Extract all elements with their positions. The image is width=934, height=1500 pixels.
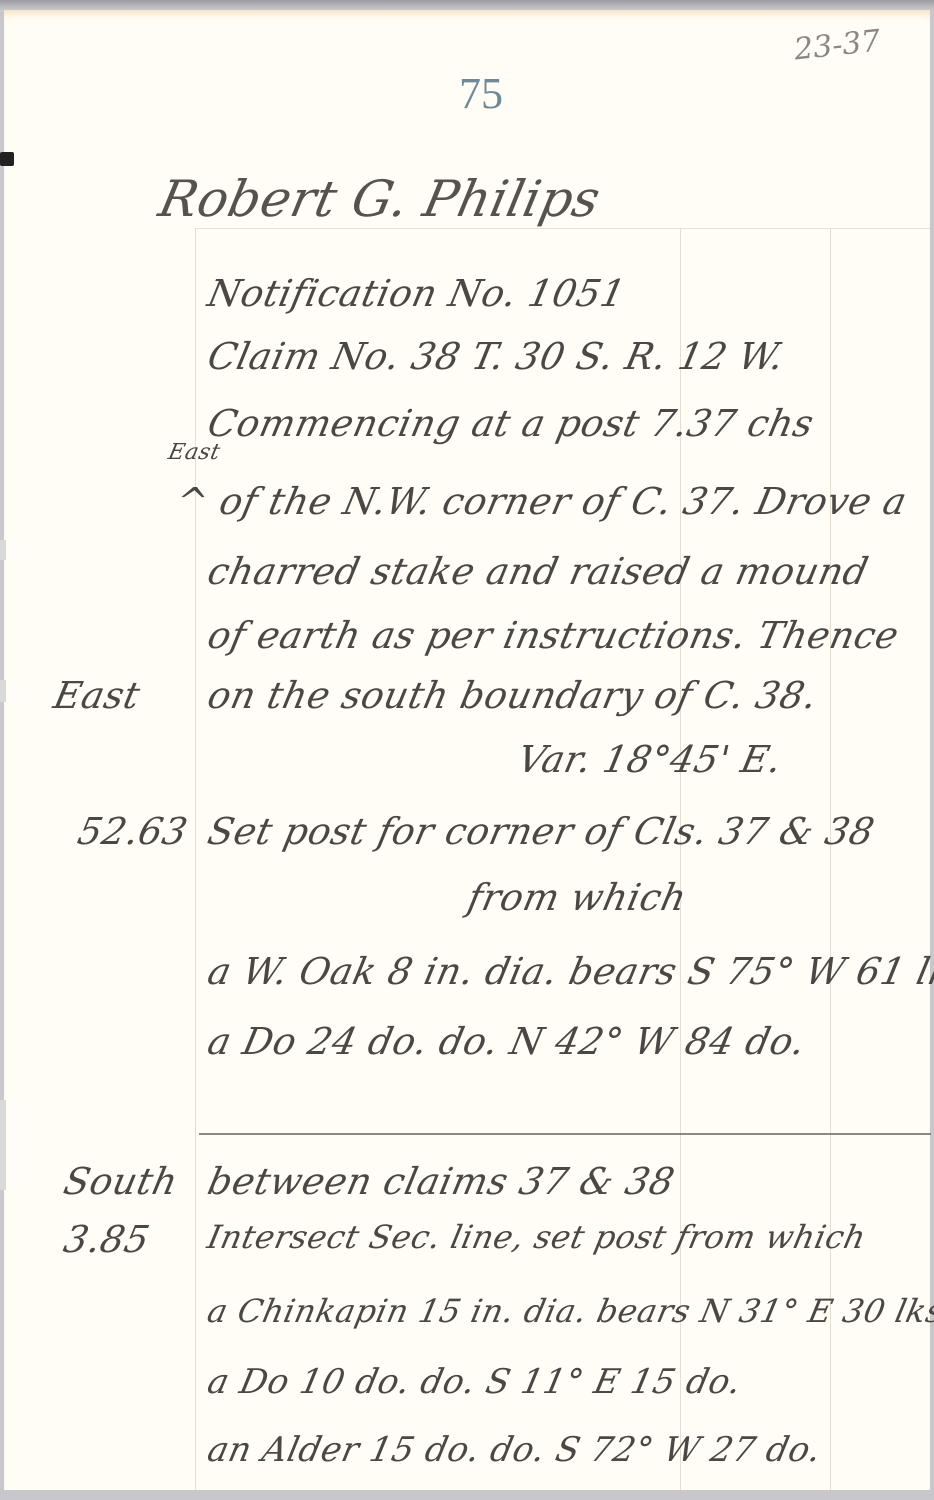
page-number: 75 — [459, 68, 503, 119]
entry-line-5: on the south boundary of C. 38. — [204, 674, 821, 717]
margin-east-insert: East — [166, 440, 223, 465]
scan-top-edge — [0, 0, 934, 10]
entry-line-7: Set post for corner of Cls. 37 & 38 — [204, 810, 878, 853]
claim-line: Claim No. 38 T. 30 S. R. 12 W. — [204, 335, 788, 378]
entry-line-3: charred stake and raised a mound — [204, 550, 872, 593]
entry-line-14: a Do 10 do. do. S 11° E 15 do. — [204, 1362, 745, 1402]
claimant-name: Robert G. Philips — [154, 170, 606, 228]
edge-mark — [0, 1100, 6, 1190]
notification-line: Notification No. 1051 — [204, 272, 630, 315]
margin-bearing-south: South — [60, 1160, 182, 1203]
margin-distance-1: 52.63 — [74, 810, 192, 853]
entry-line-4: of earth as per instructions. Thence — [204, 614, 903, 657]
ledger-page: 75 23-37 Robert G. Philips Notification … — [4, 10, 930, 1494]
entry-line-9: a W. Oak 8 in. dia. bears S 75° W 61 lks… — [204, 950, 934, 993]
edge-mark — [0, 680, 6, 702]
edge-mark — [0, 540, 6, 560]
entry-line-13: a Chinkapin 15 in. dia. bears N 31° E 30… — [204, 1292, 934, 1330]
entry-line-6: Var. 18°45' E. — [514, 738, 786, 781]
section-divider — [199, 1133, 931, 1135]
scan-bottom-edge — [0, 1490, 934, 1500]
entry-line-1: Commencing at a post 7.37 chs — [204, 402, 818, 445]
entry-line-2: ^ of the N.W. corner of C. 37. Drove a — [172, 480, 911, 523]
entry-line-15: an Alder 15 do. do. S 72° W 27 do. — [204, 1430, 825, 1470]
margin-distance-2: 3.85 — [60, 1218, 154, 1261]
entry-line-10: a Do 24 do. do. N 42° W 84 do. — [204, 1020, 809, 1063]
top-rule — [195, 228, 930, 229]
entry-line-8: from which — [464, 876, 691, 919]
binder-hole-mark — [0, 152, 14, 166]
folio-note: 23-37 — [792, 24, 882, 68]
entry-line-11: between claims 37 & 38 — [204, 1160, 679, 1203]
margin-bearing-east: East — [50, 674, 144, 717]
entry-line-12: Intersect Sec. line, set post from which — [204, 1218, 869, 1256]
left-margin-rule — [195, 228, 196, 1498]
